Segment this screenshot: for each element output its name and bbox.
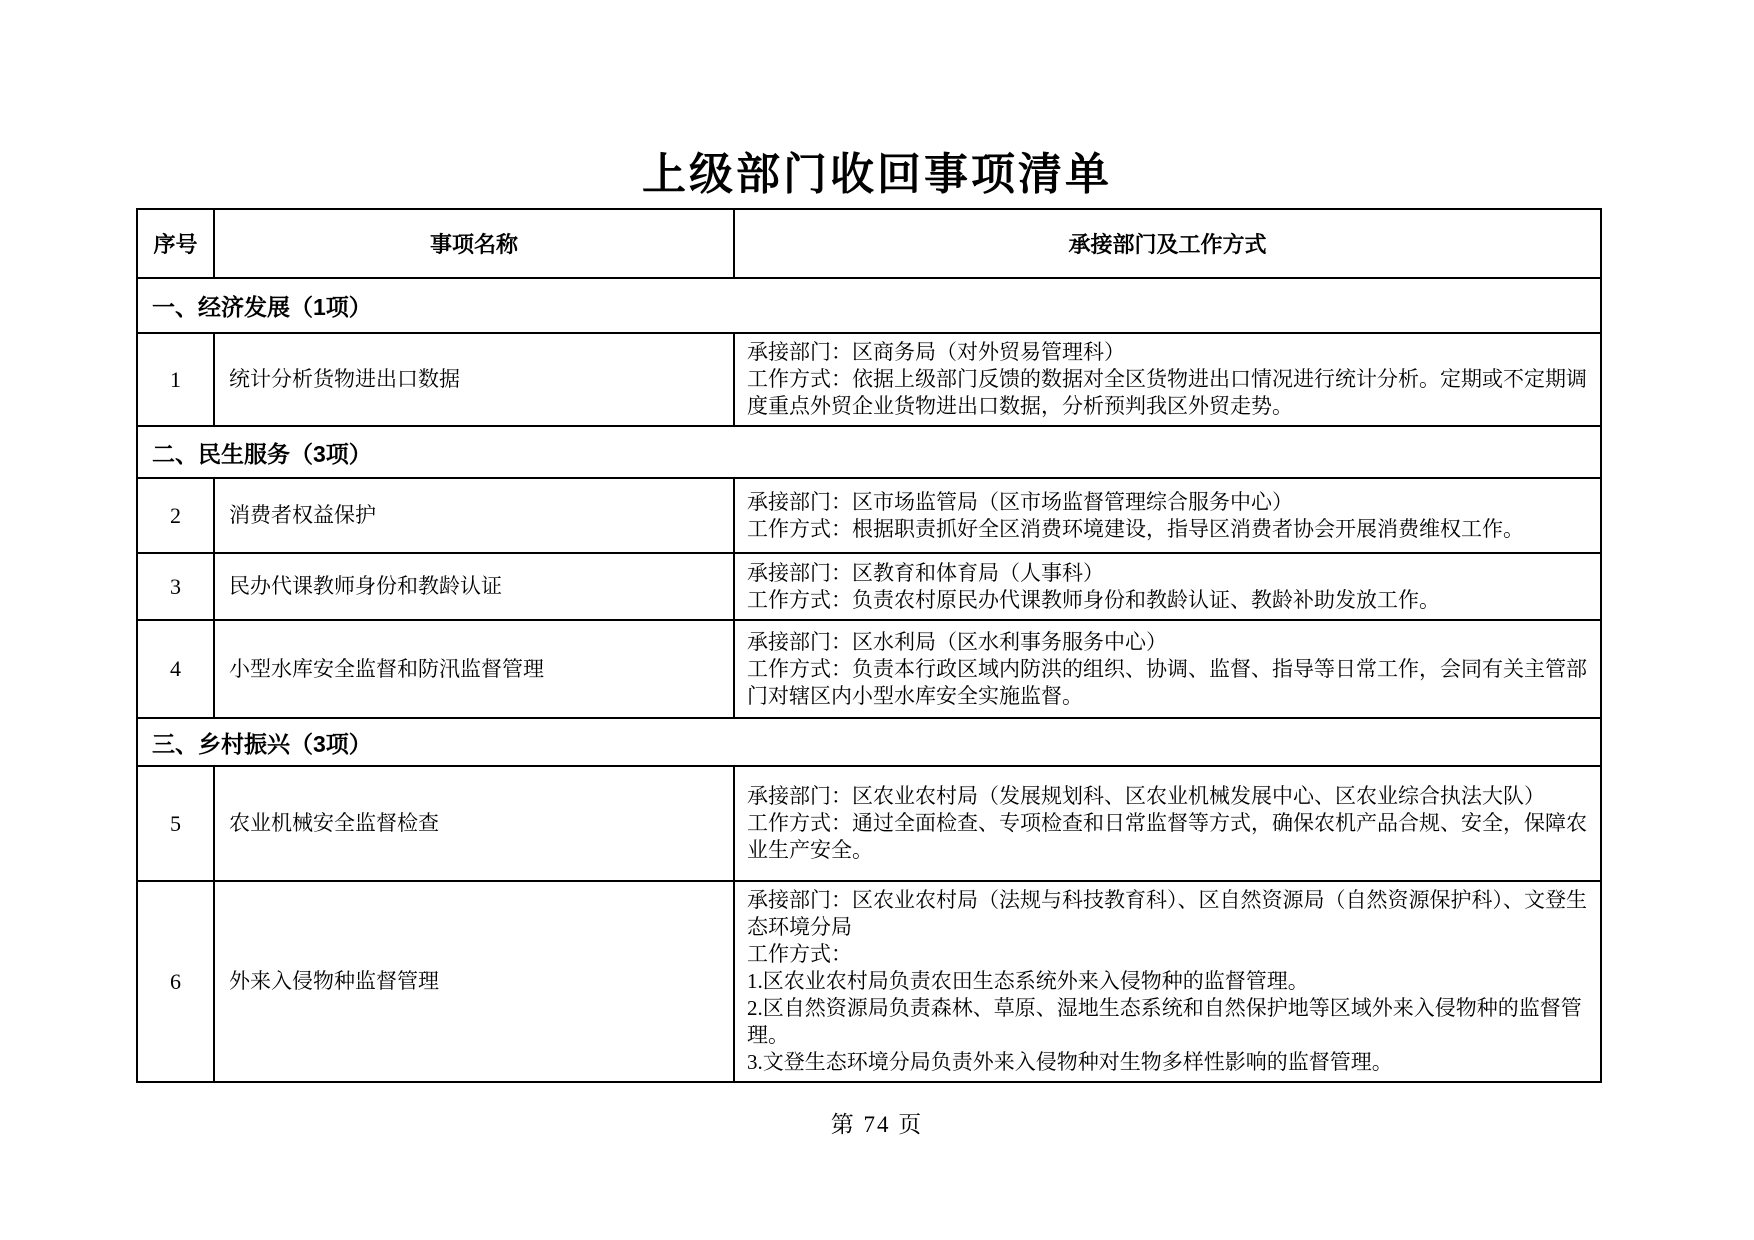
table-row: 3 民办代课教师身份和教龄认证 承接部门：区教育和体育局（人事科） 工作方式：负… [137,553,1601,620]
detail-line: 承接部门：区农业农村局（法规与科技教育科）、区自然资源局（自然资源保护科）、文登… [747,887,1588,941]
detail-line: 工作方式：通过全面检查、专项检查和日常监督等方式，确保农机产品合规、安全，保障农… [747,810,1588,864]
detail-line: 2.区自然资源局负责森林、草原、湿地生态系统和自然保护地等区域外来入侵物种的监督… [747,995,1588,1049]
item-name: 外来入侵物种监督管理 [214,881,734,1082]
row-number: 1 [137,333,214,426]
reclaimed-items-table: 序号 事项名称 承接部门及工作方式 一、经济发展（1项） 1 统计分析货物进出口… [136,208,1602,1083]
detail-line: 承接部门：区农业农村局（发展规划科、区农业机械发展中心、区农业综合执法大队） [747,783,1588,810]
header-cell-department: 承接部门及工作方式 [734,209,1601,278]
page-footer: 第 74 页 [0,1106,1754,1139]
detail-line: 1.区农业农村局负责农田生态系统外来入侵物种的监督管理。 [747,968,1588,995]
table-header-row: 序号 事项名称 承接部门及工作方式 [137,209,1601,278]
header-cell-number: 序号 [137,209,214,278]
section-title: 一、经济发展（1项） [137,278,1601,333]
item-detail: 承接部门：区水利局（区水利事务服务中心） 工作方式：负责本行政区域内防洪的组织、… [734,620,1601,718]
item-name: 消费者权益保护 [214,478,734,553]
row-number: 4 [137,620,214,718]
section-title: 二、民生服务（3项） [137,426,1601,478]
item-name: 农业机械安全监督检查 [214,766,734,881]
detail-line: 工作方式： [747,941,1588,968]
page-title: 上级部门收回事项清单 [145,138,1609,202]
row-number: 2 [137,478,214,553]
item-detail: 承接部门：区教育和体育局（人事科） 工作方式：负责农村原民办代课教师身份和教龄认… [734,553,1601,620]
detail-line: 承接部门：区商务局（对外贸易管理科） [747,339,1588,366]
row-number: 5 [137,766,214,881]
detail-line: 工作方式：依据上级部门反馈的数据对全区货物进出口情况进行统计分析。定期或不定期调… [747,366,1588,420]
row-number: 6 [137,881,214,1082]
table-row: 6 外来入侵物种监督管理 承接部门：区农业农村局（法规与科技教育科）、区自然资源… [137,881,1601,1082]
detail-line: 3.文登生态环境分局负责外来入侵物种对生物多样性影响的监督管理。 [747,1049,1588,1076]
item-detail: 承接部门：区市场监管局（区市场监督管理综合服务中心） 工作方式：根据职责抓好全区… [734,478,1601,553]
table-row: 1 统计分析货物进出口数据 承接部门：区商务局（对外贸易管理科） 工作方式：依据… [137,333,1601,426]
table-row: 2 消费者权益保护 承接部门：区市场监管局（区市场监督管理综合服务中心） 工作方… [137,478,1601,553]
section-title: 三、乡村振兴（3项） [137,718,1601,766]
item-detail: 承接部门：区农业农村局（法规与科技教育科）、区自然资源局（自然资源保护科）、文登… [734,881,1601,1082]
detail-line: 承接部门：区教育和体育局（人事科） [747,560,1588,587]
detail-line: 承接部门：区水利局（区水利事务服务中心） [747,629,1588,656]
document-page: 上级部门收回事项清单 序号 事项名称 承接部门及工作方式 一、经济发展（1项） … [0,0,1754,1240]
section-row-economic-development: 一、经济发展（1项） [137,278,1601,333]
item-detail: 承接部门：区商务局（对外贸易管理科） 工作方式：依据上级部门反馈的数据对全区货物… [734,333,1601,426]
detail-line: 工作方式：负责本行政区域内防洪的组织、协调、监督、指导等日常工作，会同有关主管部… [747,656,1588,710]
section-row-livelihood-services: 二、民生服务（3项） [137,426,1601,478]
section-row-rural-revitalization: 三、乡村振兴（3项） [137,718,1601,766]
table-row: 4 小型水库安全监督和防汛监督管理 承接部门：区水利局（区水利事务服务中心） 工… [137,620,1601,718]
header-cell-item-name: 事项名称 [214,209,734,278]
item-name: 统计分析货物进出口数据 [214,333,734,426]
detail-line: 工作方式：根据职责抓好全区消费环境建设，指导区消费者协会开展消费维权工作。 [747,516,1588,543]
detail-line: 工作方式：负责农村原民办代课教师身份和教龄认证、教龄补助发放工作。 [747,587,1588,614]
item-detail: 承接部门：区农业农村局（发展规划科、区农业机械发展中心、区农业综合执法大队） 工… [734,766,1601,881]
item-name: 民办代课教师身份和教龄认证 [214,553,734,620]
item-name: 小型水库安全监督和防汛监督管理 [214,620,734,718]
detail-line: 承接部门：区市场监管局（区市场监督管理综合服务中心） [747,489,1588,516]
row-number: 3 [137,553,214,620]
table-row: 5 农业机械安全监督检查 承接部门：区农业农村局（发展规划科、区农业机械发展中心… [137,766,1601,881]
